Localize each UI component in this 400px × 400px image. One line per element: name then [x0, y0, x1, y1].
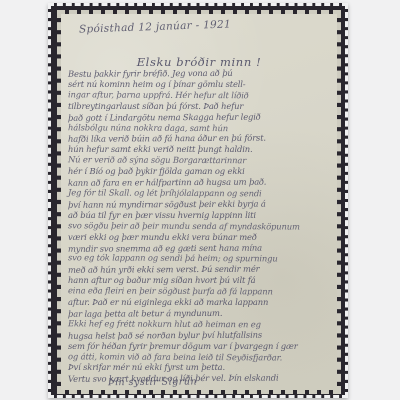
- letter-line: eina eða fleiri en þeir sögðust þurfa að…: [68, 285, 333, 297]
- letter-line: að búa til fyr en þær vissu hvernig lapp…: [68, 210, 333, 221]
- letter-line: með að hún yrði ekki sem verst. Þú sendi…: [68, 264, 333, 277]
- letter-dateline: Spóisthad 12 janúar - 1921: [79, 18, 231, 35]
- letter-line: Bestu þakkir fyrir bréfið. Jeg vona að þ…: [68, 67, 333, 80]
- letter-line: svo sögðu þeir að þeir mundu senda af my…: [68, 220, 333, 232]
- letter-line: sért nú kominn heim og í þínar gömlu ste…: [68, 79, 333, 90]
- letter-line: hugsa helst það sé norðan bylur því hlut…: [68, 329, 333, 342]
- letter-line: Nú er verið að sýna sögu Borgarættarinna…: [68, 155, 333, 167]
- letter-line: hér í Bíó og það þykir fjölda gaman og e…: [68, 166, 333, 177]
- letter-line: það gott í Lindargötu nema Skagga hefur …: [68, 111, 333, 124]
- letter-line: tilbreytingarlaust síðan þú fórst. Það h…: [68, 101, 333, 112]
- letter-line: ingar aftur, þarna uppfrá. Hér hefur alt…: [68, 89, 333, 101]
- letter-line: því hann nú myndirnar sögðust þeir ekki …: [68, 198, 333, 211]
- letter-paper: Spóisthad 12 janúar - 1921 Elsku bróðir …: [61, 14, 337, 390]
- letter-line: hann aftur og baður mig síðan hvort þú v…: [68, 275, 333, 286]
- letter-body: Bestu þakkir fyrir bréfið. Jeg vona að þ…: [68, 68, 333, 384]
- letter-line: sem fór héðan fyrir þremur dögum var í þ…: [68, 341, 333, 352]
- letter-card: Spóisthad 12 janúar - 1921 Elsku bróðir …: [48, 3, 348, 398]
- letter-line: hafði líka verið búin að fá hana áður en…: [68, 133, 333, 146]
- letter-line: væri ekki og þær mundu ekki vera búnar m…: [68, 232, 333, 243]
- scan-background: Spóisthad 12 janúar - 1921 Elsku bróðir …: [0, 0, 400, 400]
- letter-line: aftur. Það er nú eiginlega ekki að marka…: [68, 297, 333, 308]
- letter-line: og átti, komin við að fara beina leið ti…: [68, 351, 333, 363]
- letter-signature: Þín systir Sigrún: [68, 376, 197, 388]
